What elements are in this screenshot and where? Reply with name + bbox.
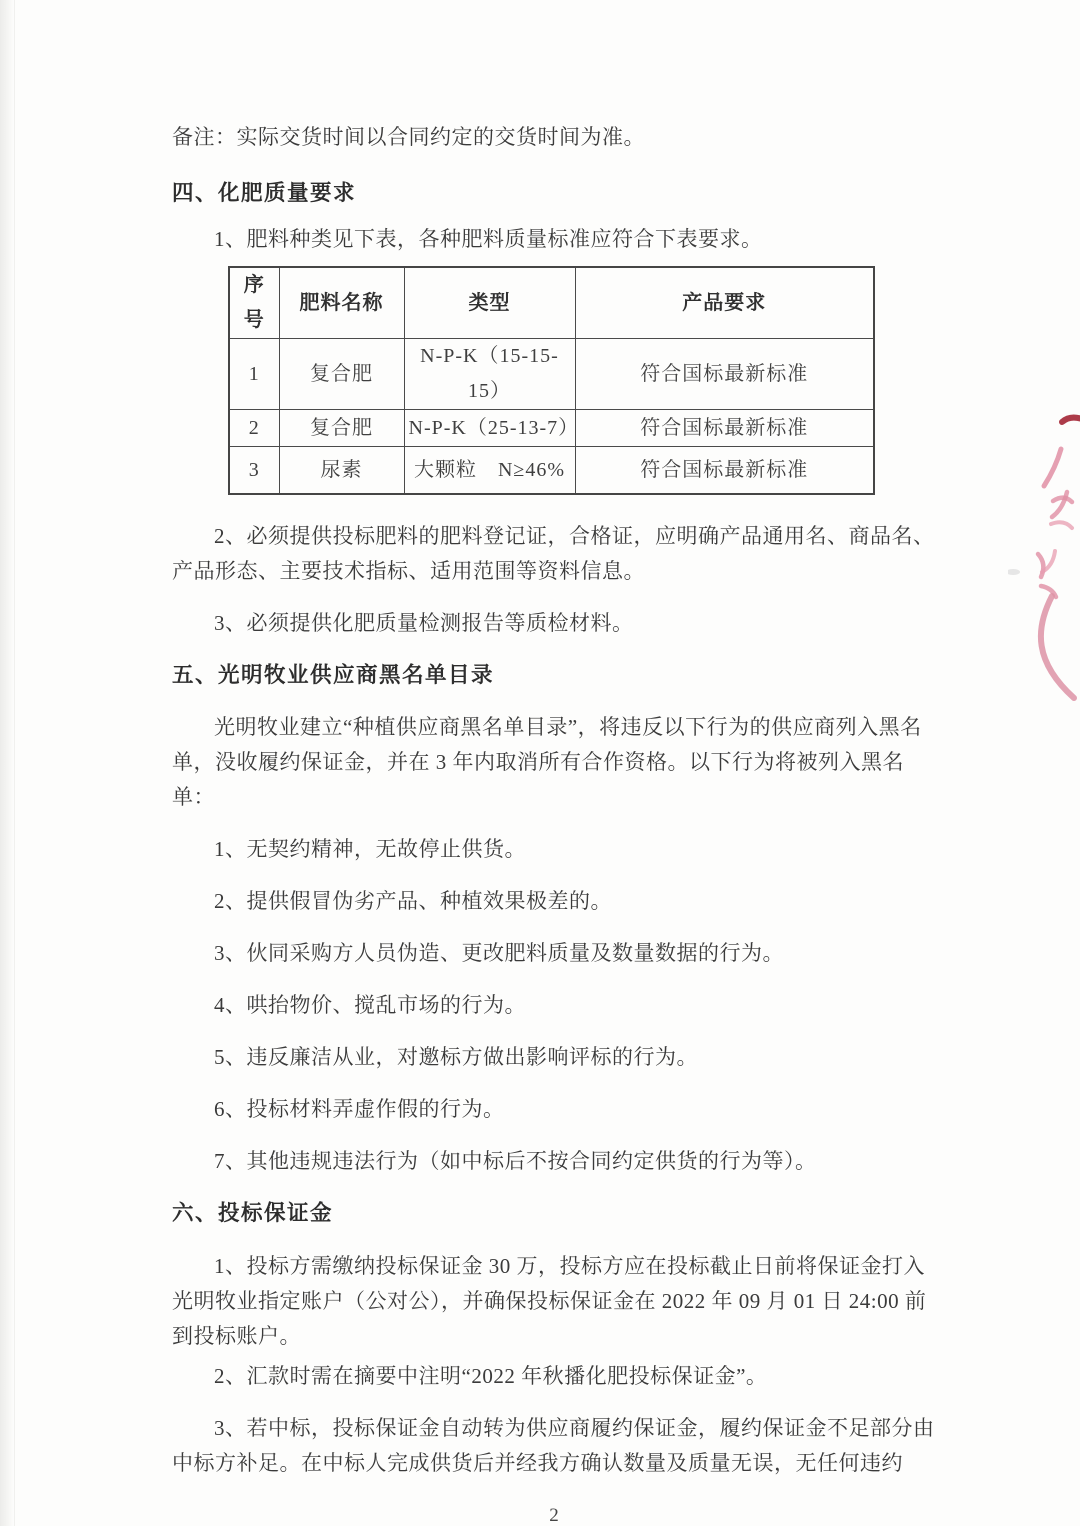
section-five-intro: 光明牧业建立“种植供应商黑名单目录”，将违反以下行为的供应商列入黑名单，没收履约… (172, 710, 936, 815)
blacklist-item: 6、投标材料弄虚作假的行为。 (172, 1092, 936, 1127)
col-header-requirement: 产品要求 (575, 267, 874, 339)
table-row: 3 尿素 大颗粒 N≥46% 符合国标最新标准 (229, 447, 874, 495)
page-number: 2 (172, 1498, 936, 1526)
cell-fertilizer-name: 复合肥 (279, 410, 404, 447)
blacklist-item: 1、无契约精神，无故停止供货。 (172, 832, 936, 867)
section-five-heading: 五、光明牧业供应商黑名单目录 (172, 658, 936, 693)
blacklist-item: 2、提供假冒伪劣产品、种植效果极差的。 (172, 884, 936, 919)
cell-requirement: 符合国标最新标准 (575, 447, 874, 495)
section-four-item-3: 3、必须提供化肥质量检测报告等质检材料。 (172, 606, 936, 641)
blacklist-item: 3、伙同采购方人员伪造、更改肥料质量及数量数据的行为。 (172, 936, 936, 971)
cell-index: 2 (229, 410, 279, 447)
red-handwritten-stamp (1008, 405, 1080, 765)
table-header-row: 序号 肥料名称 类型 产品要求 (229, 267, 874, 339)
section-six-heading: 六、投标保证金 (172, 1196, 936, 1231)
cell-index: 1 (229, 339, 279, 410)
cell-requirement: 符合国标最新标准 (575, 339, 874, 410)
cell-type: N-P-K（25-13-7） (404, 410, 575, 447)
table-row: 1 复合肥 N-P-K（15-15-15） 符合国标最新标准 (229, 339, 874, 410)
col-header-type: 类型 (404, 267, 575, 339)
blacklist-item: 7、其他违规违法行为（如中标后不按合同约定供货的行为等）。 (172, 1144, 936, 1179)
bid-bond-item: 2、汇款时需在摘要中注明“2022 年秋播化肥投标保证金”。 (172, 1359, 936, 1394)
cell-type: N-P-K（15-15-15） (404, 339, 575, 410)
col-header-index: 序号 (229, 267, 279, 339)
blacklist-item: 5、违反廉洁从业，对邀标方做出影响评标的行为。 (172, 1040, 936, 1075)
remark-note: 备注：实际交货时间以合同约定的交货时间为准。 (172, 120, 936, 155)
section-four-item-2: 2、必须提供投标肥料的肥料登记证，合格证，应明确产品通用名、商品名、产品形态、主… (172, 519, 936, 589)
blacklist-item: 4、哄抬物价、搅乱市场的行为。 (172, 988, 936, 1023)
cell-type: 大颗粒 N≥46% (404, 447, 575, 495)
cell-requirement: 符合国标最新标准 (575, 410, 874, 447)
document-page: 备注：实际交货时间以合同约定的交货时间为准。 四、化肥质量要求 1、肥料种类见下… (172, 120, 936, 1526)
section-four-heading: 四、化肥质量要求 (172, 176, 936, 211)
cell-index: 3 (229, 447, 279, 495)
cell-fertilizer-name: 尿素 (279, 447, 404, 495)
scan-page-edge (0, 0, 15, 1526)
col-header-fertilizer-name: 肥料名称 (279, 267, 404, 339)
table-row: 2 复合肥 N-P-K（25-13-7） 符合国标最新标准 (229, 410, 874, 447)
fertilizer-quality-table: 序号 肥料名称 类型 产品要求 1 复合肥 N-P-K（15-15-15） 符合… (228, 266, 875, 495)
bid-bond-item: 1、投标方需缴纳投标保证金 30 万，投标方应在投标截止日前将保证金打入光明牧业… (172, 1249, 936, 1354)
cell-fertilizer-name: 复合肥 (279, 339, 404, 410)
section-four-intro: 1、肥料种类见下表，各种肥料质量标准应符合下表要求。 (172, 222, 936, 257)
bid-bond-item: 3、若中标，投标保证金自动转为供应商履约保证金，履约保证金不足部分由中标方补足。… (172, 1411, 936, 1481)
